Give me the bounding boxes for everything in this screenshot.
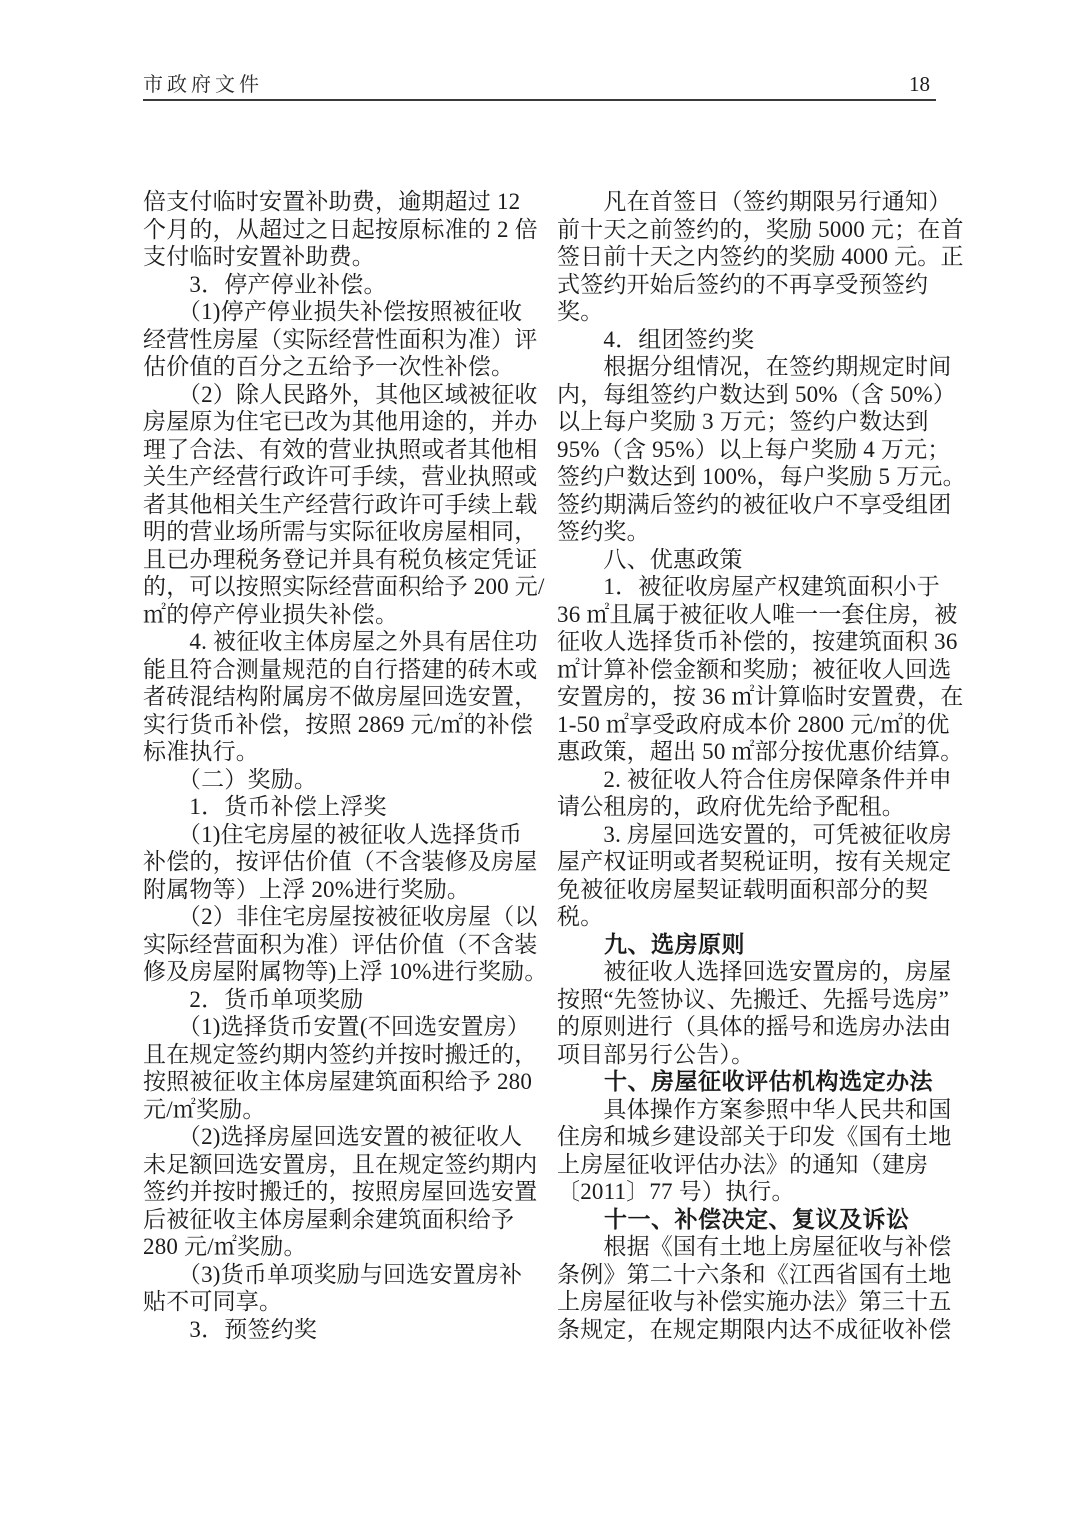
paragraph: 3. 房屋回选安置的，可凭被征收房屋产权证明或者契税证明，按有关规定免被征收房屋… [557, 821, 943, 931]
text-line: 奖。 [557, 298, 943, 326]
paragraph: （3)货币单项奖励与回选安置房补贴不可同享。 [143, 1261, 529, 1316]
paragraph: 4．组团签约奖 [557, 326, 943, 354]
text-line: 者其他相关生产经营行政许可手续上载 [143, 491, 529, 519]
text-line: 2. 被征收人符合住房保障条件并申 [557, 766, 943, 794]
text-line: 税。 [557, 903, 943, 931]
text-line: （1)住宅房屋的被征收人选择货币 [143, 821, 529, 849]
text-line: 个月的，从超过之日起按原标准的 2 倍 [143, 216, 529, 244]
text-line: 补偿的，按评估价值（不含装修及房屋 [143, 848, 529, 876]
text-line: 1．货币补偿上浮奖 [143, 793, 529, 821]
paragraph: 3．停产停业补偿。 [143, 271, 529, 299]
section-heading: 九、选房原则 [557, 931, 943, 959]
text-line: 的，可以按照实际经营面积给予 200 元/ [143, 573, 529, 601]
paragraph: 八、优惠政策 [557, 546, 943, 574]
paragraph: 根据分组情况，在签约期规定时间内，每组签约户数达到 50%（含 50%）以上每户… [557, 353, 943, 546]
text-line: 八、优惠政策 [557, 546, 943, 574]
text-line: 且已办理税务登记并具有税负核定凭证 [143, 546, 529, 574]
text-line: 〔2011〕77 号）执行。 [557, 1178, 943, 1206]
text-line: 贴不可同享。 [143, 1288, 529, 1316]
text-line: （2）非住宅房屋按被征收房屋（以 [143, 903, 529, 931]
text-line: 的原则进行（具体的摇号和选房办法由 [557, 1013, 943, 1041]
paragraph: 3．预签约奖 [143, 1316, 529, 1344]
text-line: （2)选择房屋回选安置的被征收人 [143, 1123, 529, 1151]
section-heading: 十、房屋征收评估机构选定办法 [557, 1068, 943, 1096]
header-doc-label: 市政府文件 [143, 68, 263, 97]
text-line: ㎡计算补偿金额和奖励；被征收人回选 [557, 656, 943, 684]
text-line: 实际经营面积为准）评估价值（不含装 [143, 931, 529, 959]
text-line: 十、房屋征收评估机构选定办法 [557, 1068, 943, 1096]
text-line: （2）除人民路外，其他区域被征收 [143, 381, 529, 409]
text-line: 4. 被征收主体房屋之外具有居住功 [143, 628, 529, 656]
text-line: 签约并按时搬迁的，按照房屋回选安置 [143, 1178, 529, 1206]
text-line: 签约户数达到 100%，每户奖励 5 万元。 [557, 463, 943, 491]
text-line: 支付临时安置补助费。 [143, 243, 529, 271]
text-line: 280 元/㎡奖励。 [143, 1233, 529, 1261]
text-line: 惠政策，超出 50 ㎡部分按优惠价结算。 [557, 738, 943, 766]
text-line: 95%（含 95%）以上每户奖励 4 万元； [557, 436, 943, 464]
text-line: 36 ㎡且属于被征收人唯一一套住房，被 [557, 601, 943, 629]
text-line: 附属物等）上浮 20%进行奖励。 [143, 876, 529, 904]
text-line: 以上每户奖励 3 万元；签约户数达到 [557, 408, 943, 436]
text-line: （1)选择货币安置(不回选安置房） [143, 1013, 529, 1041]
text-line: 上房屋征收评估办法》的通知（建房 [557, 1151, 943, 1179]
text-line: 屋产权证明或者契税证明，按有关规定 [557, 848, 943, 876]
paragraph: 1．被征收房屋产权建筑面积小于36 ㎡且属于被征收人唯一一套住房，被征收人选择货… [557, 573, 943, 766]
text-line: 3．停产停业补偿。 [143, 271, 529, 299]
document-page: 市政府文件 18 倍支付临时安置补助费，逾期超过 12个月的，从超过之日起按原标… [0, 0, 1074, 1520]
text-line: 九、选房原则 [557, 931, 943, 959]
paragraph: 具体操作方案参照中华人民共和国住房和城乡建设部关于印发《国有土地上房屋征收评估办… [557, 1096, 943, 1206]
text-line: 经营性房屋（实际经营性面积为准）评 [143, 326, 529, 354]
text-line: 者砖混结构附属房不做房屋回选安置， [143, 683, 529, 711]
text-line: 请公租房的，政府优先给予配租。 [557, 793, 943, 821]
text-line: 住房和城乡建设部关于印发《国有土地 [557, 1123, 943, 1151]
text-line: 上房屋征收与补偿实施办法》第三十五 [557, 1288, 943, 1316]
text-line: 实行货币补偿，按照 2869 元/㎡的补偿 [143, 711, 529, 739]
left-column: 倍支付临时安置补助费，逾期超过 12个月的，从超过之日起按原标准的 2 倍支付临… [143, 188, 529, 1343]
text-line: 十一、补偿决定、复议及诉讼 [557, 1206, 943, 1234]
text-line: ㎡的停产停业损失补偿。 [143, 601, 529, 629]
text-line: 2．货币单项奖励 [143, 986, 529, 1014]
header-page-number: 18 [909, 72, 936, 97]
text-line: 免被征收房屋契证载明面积部分的契 [557, 876, 943, 904]
right-column: 凡在首签日（签约期限另行通知）前十天之前签约的，奖励 5000 元；在首签日前十… [557, 188, 943, 1343]
paragraph: （1)住宅房屋的被征收人选择货币补偿的，按评估价值（不含装修及房屋附属物等）上浮… [143, 821, 529, 904]
text-line: 前十天之前签约的，奖励 5000 元；在首 [557, 216, 943, 244]
paragraph: （2）除人民路外，其他区域被征收房屋原为住宅已改为其他用途的，并办理了合法、有效… [143, 381, 529, 629]
text-line: 修及房屋附属物等)上浮 10%进行奖励。 [143, 958, 529, 986]
paragraph: 根据《国有土地上房屋征收与补偿条例》第二十六条和《江西省国有土地上房屋征收与补偿… [557, 1233, 943, 1343]
text-line: 式签约开始后签约的不再享受预签约 [557, 271, 943, 299]
text-line: 按照“先签协议、先搬迁、先摇号选房” [557, 986, 943, 1014]
text-line: 条例》第二十六条和《江西省国有土地 [557, 1261, 943, 1289]
paragraph: （2)选择房屋回选安置的被征收人未足额回选安置房，且在规定签约期内签约并按时搬迁… [143, 1123, 529, 1261]
text-line: 条规定，在规定期限内达不成征收补偿 [557, 1316, 943, 1344]
section-heading: 十一、补偿决定、复议及诉讼 [557, 1206, 943, 1234]
text-line: 被征收人选择回选安置房的，房屋 [557, 958, 943, 986]
text-line: 估价值的百分之五给予一次性补偿。 [143, 353, 529, 381]
paragraph: 被征收人选择回选安置房的，房屋按照“先签协议、先搬迁、先摇号选房”的原则进行（具… [557, 958, 943, 1068]
text-line: 理了合法、有效的营业执照或者其他相 [143, 436, 529, 464]
text-line: 根据《国有土地上房屋征收与补偿 [557, 1233, 943, 1261]
text-line: 且在规定签约期内签约并按时搬迁的， [143, 1041, 529, 1069]
text-line: （1)停产停业损失补偿按照被征收 [143, 298, 529, 326]
text-line: 倍支付临时安置补助费，逾期超过 12 [143, 188, 529, 216]
text-line: 签约期满后签约的被征收户不享受组团 [557, 491, 943, 519]
text-line: 4．组团签约奖 [557, 326, 943, 354]
text-line: （3)货币单项奖励与回选安置房补 [143, 1261, 529, 1289]
text-line: 未足额回选安置房，且在规定签约期内 [143, 1151, 529, 1179]
text-line: 1-50 ㎡享受政府成本价 2800 元/㎡的优 [557, 711, 943, 739]
paragraph: 2. 被征收人符合住房保障条件并申请公租房的，政府优先给予配租。 [557, 766, 943, 821]
paragraph: 倍支付临时安置补助费，逾期超过 12个月的，从超过之日起按原标准的 2 倍支付临… [143, 188, 529, 271]
text-line: 项目部另行公告）。 [557, 1041, 943, 1069]
text-line: 3. 房屋回选安置的，可凭被征收房 [557, 821, 943, 849]
text-line: 1．被征收房屋产权建筑面积小于 [557, 573, 943, 601]
text-line: 能且符合测量规范的自行搭建的砖木或 [143, 656, 529, 684]
text-line: 3．预签约奖 [143, 1316, 529, 1344]
paragraph: 2．货币单项奖励 [143, 986, 529, 1014]
text-line: 具体操作方案参照中华人民共和国 [557, 1096, 943, 1124]
paragraph: 1．货币补偿上浮奖 [143, 793, 529, 821]
paragraph: （1)选择货币安置(不回选安置房）且在规定签约期内签约并按时搬迁的，按照被征收主… [143, 1013, 529, 1123]
text-line: 内，每组签约户数达到 50%（含 50%） [557, 381, 943, 409]
paragraph: 4. 被征收主体房屋之外具有居住功能且符合测量规范的自行搭建的砖木或者砖混结构附… [143, 628, 529, 766]
text-line: 元/㎡奖励。 [143, 1096, 529, 1124]
text-line: 安置房的，按 36 ㎡计算临时安置费，在 [557, 683, 943, 711]
paragraph: （1)停产停业损失补偿按照被征收经营性房屋（实际经营性面积为准）评估价值的百分之… [143, 298, 529, 381]
paragraph: 凡在首签日（签约期限另行通知）前十天之前签约的，奖励 5000 元；在首签日前十… [557, 188, 943, 326]
text-line: 征收人选择货币补偿的，按建筑面积 36 [557, 628, 943, 656]
text-line: 根据分组情况，在签约期规定时间 [557, 353, 943, 381]
text-line: 标准执行。 [143, 738, 529, 766]
text-line: 签约奖。 [557, 518, 943, 546]
text-line: 按照被征收主体房屋建筑面积给予 280 [143, 1068, 529, 1096]
text-line: 签日前十天之内签约的奖励 4000 元。正 [557, 243, 943, 271]
paragraph: （二）奖励。 [143, 766, 529, 794]
text-line: 明的营业场所需与实际征收房屋相同， [143, 518, 529, 546]
text-line: 关生产经营行政许可手续，营业执照或 [143, 463, 529, 491]
text-line: 房屋原为住宅已改为其他用途的，并办 [143, 408, 529, 436]
page-header: 市政府文件 18 [143, 70, 936, 101]
text-line: 凡在首签日（签约期限另行通知） [557, 188, 943, 216]
text-line: 后被征收主体房屋剩余建筑面积给予 [143, 1206, 529, 1234]
text-line: （二）奖励。 [143, 766, 529, 794]
paragraph: （2）非住宅房屋按被征收房屋（以实际经营面积为准）评估价值（不含装修及房屋附属物… [143, 903, 529, 986]
